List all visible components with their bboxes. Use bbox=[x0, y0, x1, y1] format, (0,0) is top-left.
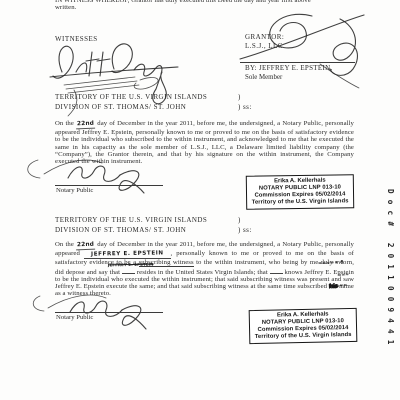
notary-signature-2 bbox=[28, 282, 178, 330]
territory-line: TERRITORY OF THE U.S. VIRGIN ISLANDS ) bbox=[55, 93, 252, 103]
notary-signature-line-1 bbox=[55, 185, 163, 186]
venue-block-2: TERRITORY OF THE U.S. VIRGIN ISLANDS ) D… bbox=[55, 216, 252, 235]
notary-public-label-2: Notary Public bbox=[56, 314, 93, 321]
venue-paren: ) bbox=[238, 216, 241, 226]
stamp-territory: Territory of the U.S. Virgin Islands bbox=[253, 332, 353, 341]
division-line: DIVISION OF ST. THOMAS/ ST. JOHN ) ss: bbox=[55, 103, 252, 113]
handwritten-name: JEFFREY E. EPSTEIN bbox=[91, 251, 164, 259]
notary-public-label-1: Notary Public bbox=[56, 187, 93, 194]
territory-line: TERRITORY OF THE U.S. VIRGIN ISLANDS ) bbox=[55, 216, 252, 226]
margin-note-line-3: ≈≈≈≈ bbox=[332, 283, 348, 291]
notary-stamp-2: Erika A. Kellerhals NOTARY PUBLIC LNP 01… bbox=[249, 308, 358, 344]
handwritten-name-blank: JEFFREY E. EPSTEIN bbox=[84, 250, 171, 259]
handwritten-date: 22nd bbox=[76, 242, 95, 251]
stamp-territory: Territory of the U.S. Virgin Islands bbox=[250, 198, 350, 206]
grantor-signature-line bbox=[240, 62, 355, 63]
grantor-by-title: Sole Member bbox=[245, 73, 332, 82]
venue-block-1: TERRITORY OF THE U.S. VIRGIN ISLANDS ) D… bbox=[55, 93, 252, 112]
margin-note: ≈≈≈≈≈ ¶ ≈≈≈ ≈≈≈≈ bbox=[318, 256, 382, 291]
doc-number-text: Doc# 2011009441 bbox=[386, 189, 395, 351]
venue-paren-ss: ) ss: bbox=[238, 103, 252, 113]
division-line: DIVISION OF ST. THOMAS/ ST. JOHN ) ss: bbox=[55, 226, 252, 236]
fill-in-blank-1: JEFFREY E. EPSTEIN bbox=[122, 267, 135, 274]
notary-signature-1 bbox=[22, 148, 172, 196]
scanned-document-page: IN WITNESS WHEREOF, Grantor has duly exe… bbox=[0, 0, 400, 400]
venue-paren-ss: ) ss: bbox=[238, 226, 252, 236]
venue-paren: ) bbox=[238, 93, 241, 103]
handwritten-date: 22nd bbox=[76, 121, 95, 130]
notary-signature-line-2 bbox=[55, 312, 163, 313]
handwritten-name-small: JEFFREY E. EPSTEIN bbox=[108, 261, 154, 269]
grantor-by-block: BY: JEFFREY E. EPSTEIN, Sole Member bbox=[245, 64, 332, 83]
doc-number-stamp: Doc# 2011009441 bbox=[395, 183, 400, 201]
notary-stamp-1: Erika A. Kellerhals NOTARY PUBLIC LNP 01… bbox=[246, 174, 354, 209]
closing-line-1: IN WITNESS WHEREOF, Grantor has duly exe… bbox=[55, 0, 355, 4]
margin-note-line-2: ≈≈≈ bbox=[338, 272, 349, 279]
grantor-by-line: BY: JEFFREY E. EPSTEIN, bbox=[245, 64, 332, 73]
margin-note-line-1: ≈≈≈≈≈ ¶ bbox=[318, 260, 344, 268]
fill-in-blank-2 bbox=[270, 267, 283, 274]
